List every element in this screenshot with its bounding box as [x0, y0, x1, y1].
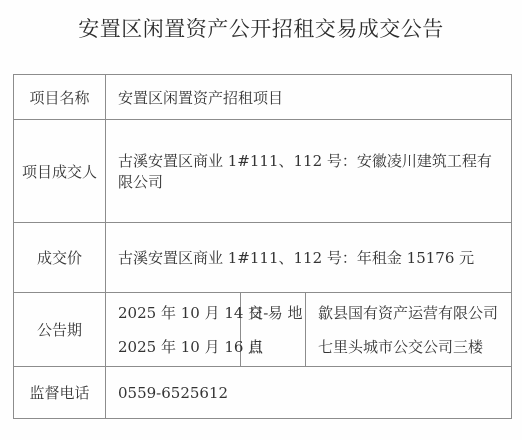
period-start-date: 2025 年 10 月 14 日- [118, 296, 234, 330]
table-row-project-name: 项目名称 安置区闲置资产招租项目 [14, 75, 512, 120]
winner-value: 古溪安置区商业 1#111、112 号：安徽凌川建筑工程有限公司 [106, 120, 512, 223]
table-row-announcement-period: 公告期 2025 年 10 月 14 日- 2025 年 10 月 16 日 交… [14, 293, 512, 367]
announcement-period-value: 2025 年 10 月 14 日- 2025 年 10 月 16 日 [106, 293, 241, 367]
deal-price-value: 古溪安置区商业 1#111、112 号：年租金 15176 元 [106, 223, 512, 293]
table-row-deal-price: 成交价 古溪安置区商业 1#111、112 号：年租金 15176 元 [14, 223, 512, 293]
winner-label: 项目成交人 [14, 120, 106, 223]
trade-location-label-line1: 交 易 地 [248, 296, 301, 330]
announcement-table: 项目名称 安置区闲置资产招租项目 项目成交人 古溪安置区商业 1#111、112… [13, 74, 512, 419]
period-end-date: 2025 年 10 月 16 日 [118, 330, 234, 364]
trade-location-address: 七里头城市公交公司三楼 [318, 330, 505, 364]
project-name-value: 安置区闲置资产招租项目 [106, 75, 512, 120]
trade-location-org: 歙县国有资产运营有限公司 [318, 296, 505, 330]
document-page: 安置区闲置资产公开招租交易成交公告 项目名称 安置区闲置资产招租项目 项目成交人… [0, 0, 522, 440]
supervision-phone-value: 0559-6525612 [106, 367, 512, 419]
table-row-winner: 项目成交人 古溪安置区商业 1#111、112 号：安徽凌川建筑工程有限公司 [14, 120, 512, 223]
page-title: 安置区闲置资产公开招租交易成交公告 [0, 13, 522, 43]
announcement-period-label: 公告期 [14, 293, 106, 367]
trade-location-value: 歙县国有资产运营有限公司 七里头城市公交公司三楼 [306, 293, 512, 367]
trade-location-label: 交 易 地 点 [241, 293, 306, 367]
table-row-supervision-phone: 监督电话 0559-6525612 [14, 367, 512, 419]
trade-location-label-line2: 点 [248, 330, 301, 364]
supervision-phone-label: 监督电话 [14, 367, 106, 419]
project-name-label: 项目名称 [14, 75, 106, 120]
deal-price-label: 成交价 [14, 223, 106, 293]
